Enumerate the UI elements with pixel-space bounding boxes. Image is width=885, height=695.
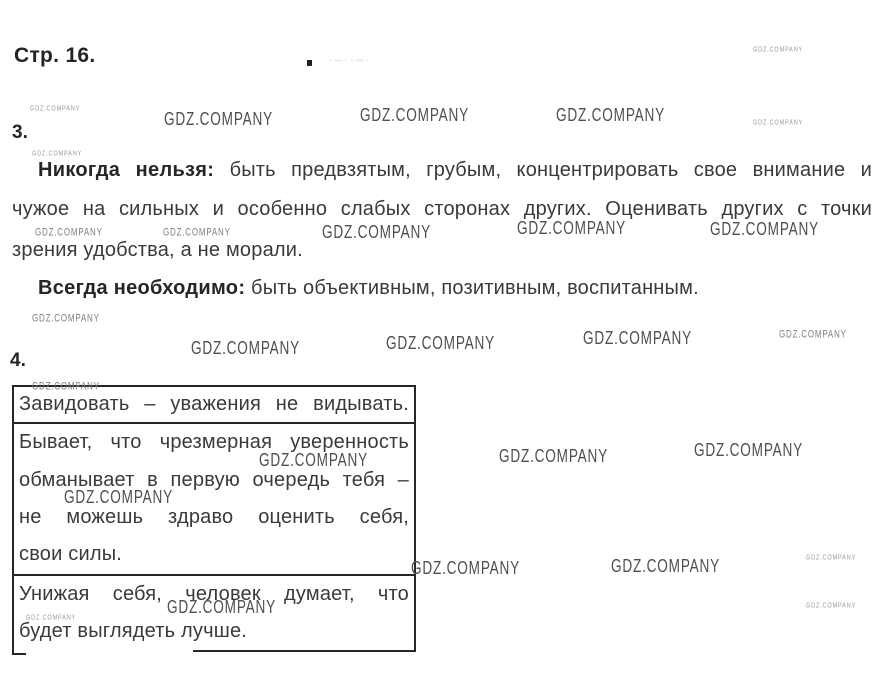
table-row-separator-1 xyxy=(12,422,416,424)
never-paragraph-line-1: Никогда нельзя: быть предвзятым, грубым,… xyxy=(12,158,872,183)
watermark-text: GDZ.COMPANY xyxy=(806,602,856,610)
never-paragraph-line-3: зрения удобства, а не морали. xyxy=(12,238,872,263)
watermark-text: GDZ.COMPANY xyxy=(611,556,720,578)
table-border-left xyxy=(12,385,14,655)
watermark-text: GDZ.COMPANY xyxy=(386,333,495,355)
section-4-number: 4. xyxy=(10,350,26,372)
table-row-1-line-1: Завидовать – уважения не видывать. xyxy=(19,391,409,417)
stray-dot xyxy=(307,60,312,66)
page-title: Стр. 16. xyxy=(14,44,96,68)
watermark-text: GDZ.COMPANY xyxy=(360,105,469,127)
watermark-text: GDZ.COMPANY xyxy=(806,554,856,562)
never-line-1-rest: быть предвзятым, грубым, концентрировать… xyxy=(214,159,872,181)
watermark-text: GDZ.COMPANY xyxy=(694,440,803,462)
never-lead-bold: Никогда нельзя: xyxy=(38,159,214,181)
watermark-text: GDZ.COMPANY xyxy=(32,313,100,325)
stray-scribble: ·–··–· xyxy=(328,52,388,67)
watermark-text: GDZ.COMPANY xyxy=(164,109,273,131)
section-3-number: 3. xyxy=(12,122,28,144)
table-row-2-line-4: свои силы. xyxy=(19,541,409,567)
watermark-text: GDZ.COMPANY xyxy=(556,105,665,127)
always-paragraph: Всегда необходимо: быть объективным, поз… xyxy=(12,276,872,301)
watermark-text: GDZ.COMPANY xyxy=(411,558,520,580)
always-rest: быть объективным, позитивным, воспитанны… xyxy=(245,277,699,299)
watermark-text: GDZ.COMPANY xyxy=(163,227,231,239)
table-row-separator-2 xyxy=(12,574,416,576)
watermark-text: GDZ.COMPANY xyxy=(30,105,80,113)
watermark-text: GDZ.COMPANY xyxy=(64,487,173,509)
watermark-text: GDZ.COMPANY xyxy=(322,222,431,244)
document-page: Стр. 16. ·–··–· 3. Никогда нельзя: быть … xyxy=(0,0,885,695)
watermark-text: GDZ.COMPANY xyxy=(753,119,803,127)
watermark-text: GDZ.COMPANY xyxy=(32,150,82,158)
watermark-text: GDZ.COMPANY xyxy=(583,328,692,350)
watermark-text: GDZ.COMPANY xyxy=(779,329,847,341)
watermark-text: GDZ.COMPANY xyxy=(710,219,819,241)
watermark-text: GDZ.COMPANY xyxy=(26,614,76,622)
watermark-text: GDZ.COMPANY xyxy=(753,46,803,54)
table-border-bottom-left-tick xyxy=(12,653,26,655)
watermark-text: GDZ.COMPANY xyxy=(259,450,368,472)
watermark-text: GDZ.COMPANY xyxy=(499,446,608,468)
watermark-text: GDZ.COMPANY xyxy=(517,218,626,240)
always-lead-bold: Всегда необходимо: xyxy=(38,277,245,299)
watermark-text: GDZ.COMPANY xyxy=(35,227,103,239)
watermark-text: GDZ.COMPANY xyxy=(32,381,100,393)
table-border-bottom-segment xyxy=(193,650,416,652)
watermark-text: GDZ.COMPANY xyxy=(167,597,276,619)
table-border-right xyxy=(414,385,416,652)
watermark-text: GDZ.COMPANY xyxy=(191,338,300,360)
table-row-3-line-2: будет выглядеть лучше. xyxy=(19,618,409,644)
